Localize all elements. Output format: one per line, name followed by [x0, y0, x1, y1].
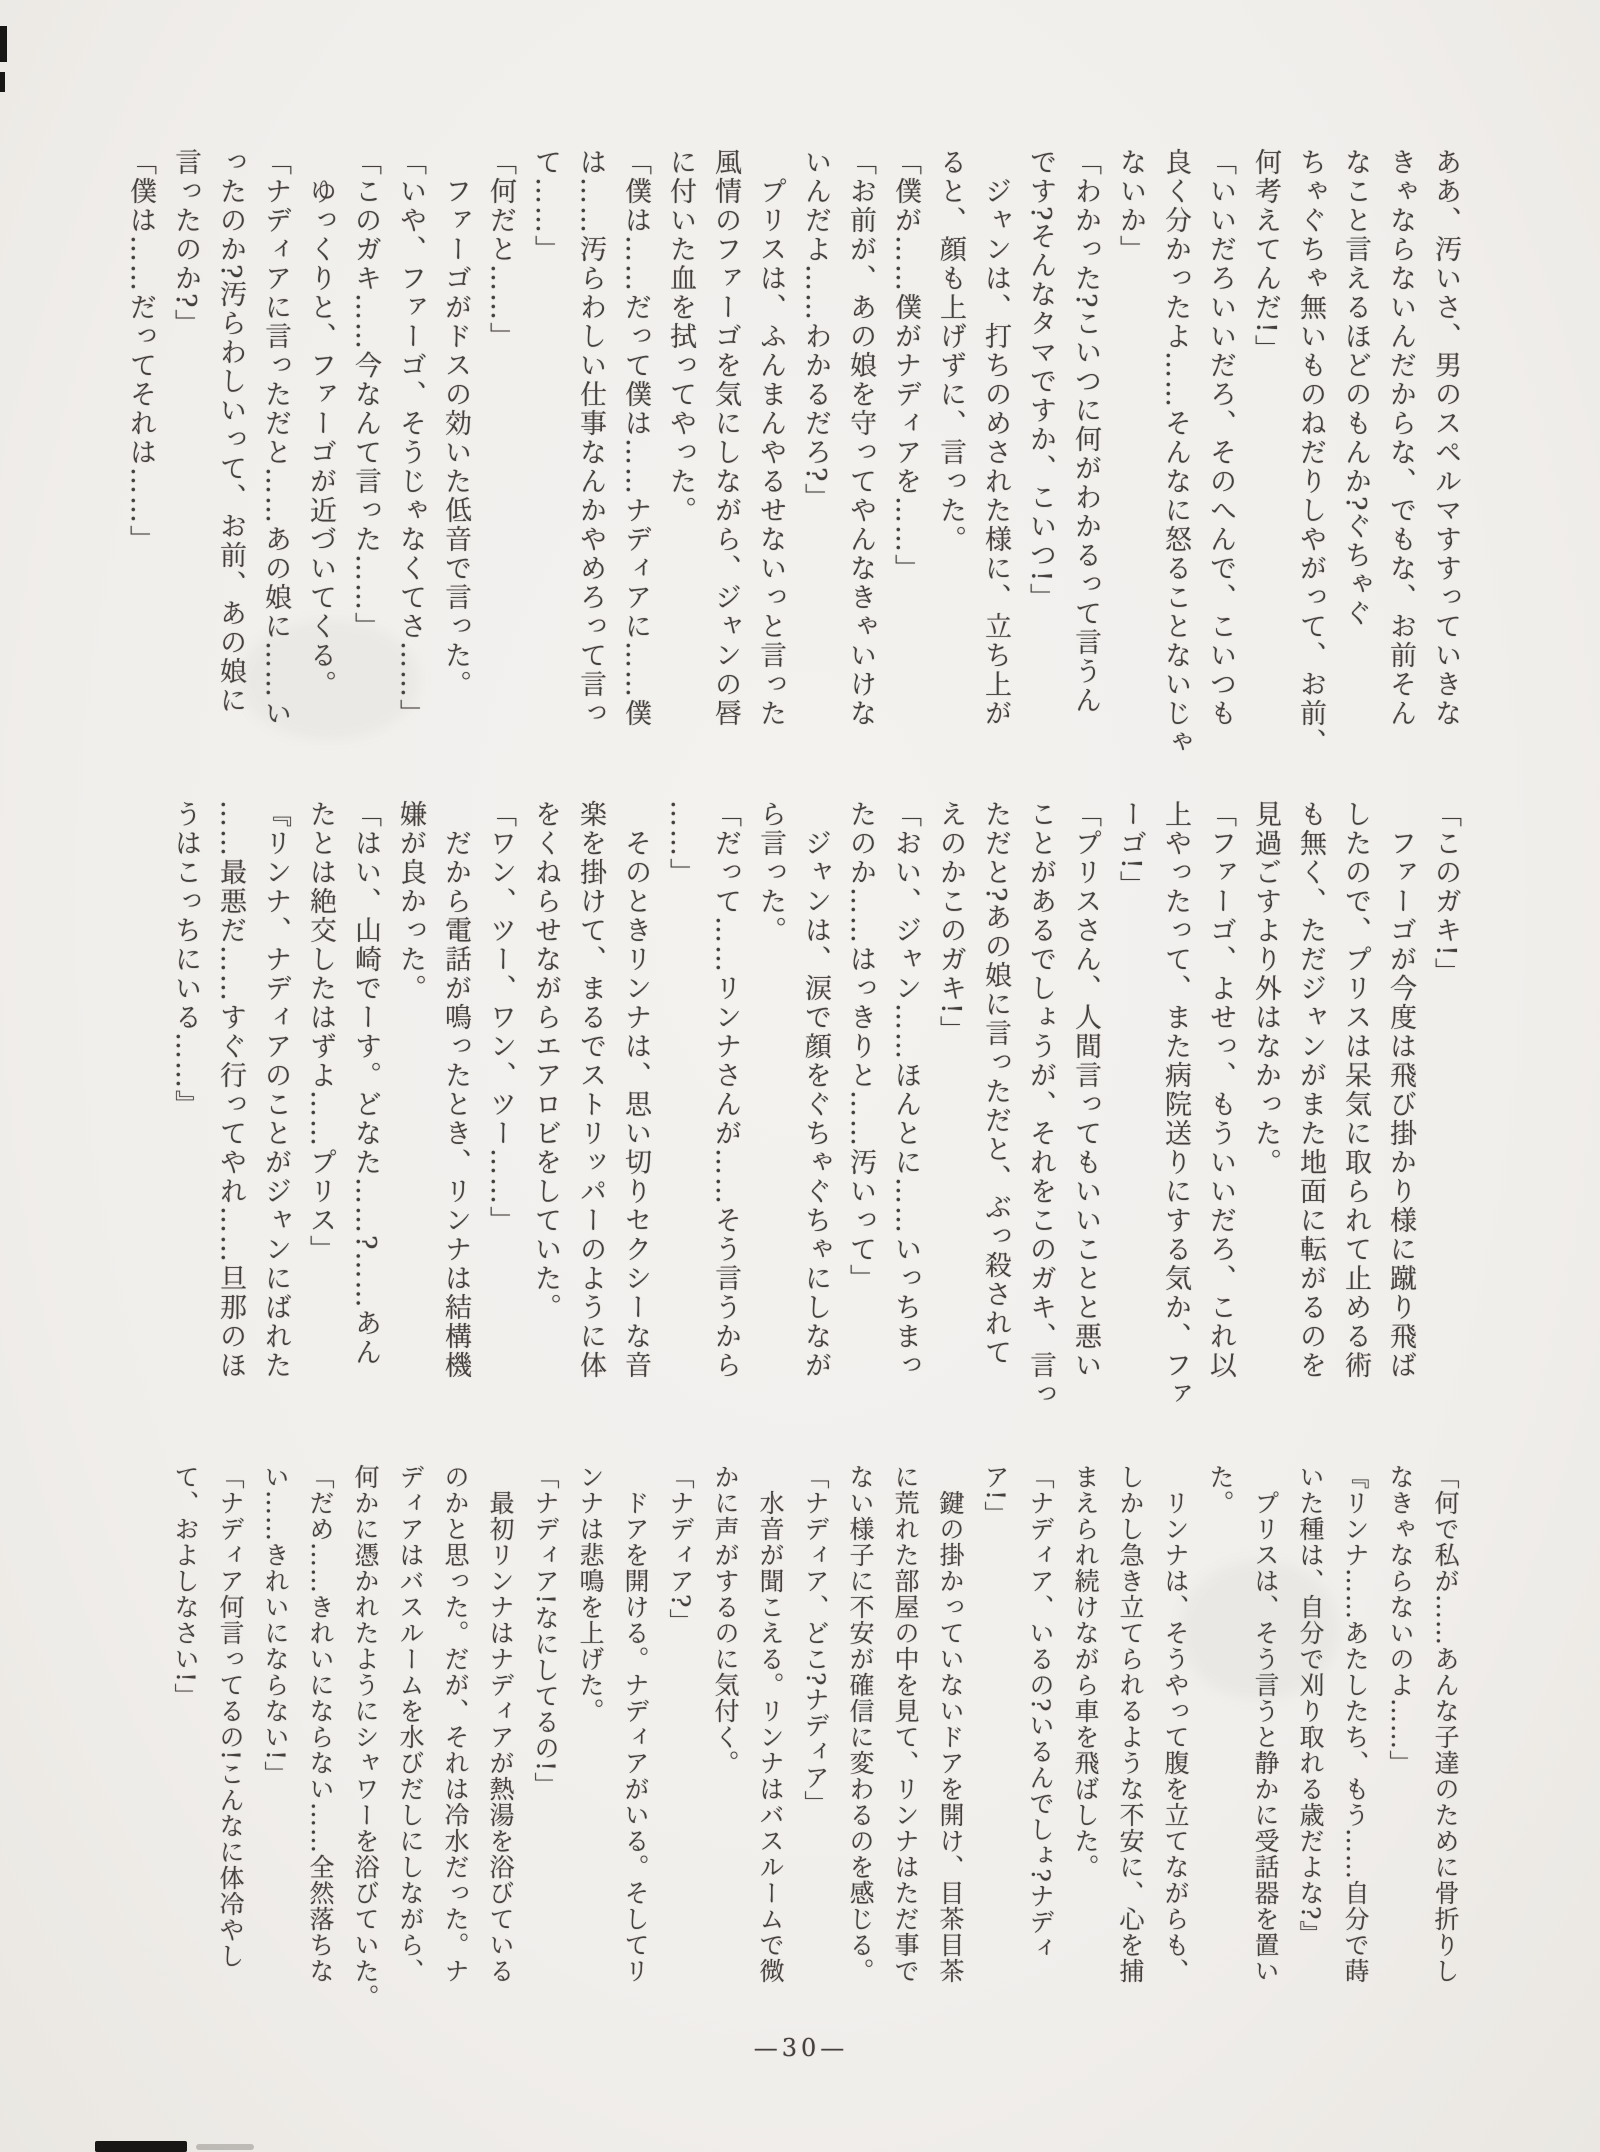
scan-stain-1	[240, 620, 420, 740]
text-band-middle: 「このガキ!」 ファーゴが今度は飛び掛かり様に蹴り飛ば したので、プリスは呆気に…	[163, 800, 1468, 1448]
scan-artifact-top-left-1	[0, 26, 7, 62]
text-band-bottom: 「何で私が……あんな子達のために骨折りし なきゃならないのよ……」 『リンナ………	[163, 1464, 1468, 2020]
document-page: ああ、汚いさ、男のスペルマすすっていきな きゃならないんだからな、でもな、お前そ…	[0, 0, 1600, 2152]
scan-smudge-bottom	[196, 2144, 254, 2150]
scan-artifact-top-left-2	[0, 72, 5, 92]
page-number: —30—	[134, 2034, 1468, 2062]
scan-stain-2	[1180, 1560, 1340, 1700]
scan-artifact-bottom-left	[95, 2141, 187, 2152]
